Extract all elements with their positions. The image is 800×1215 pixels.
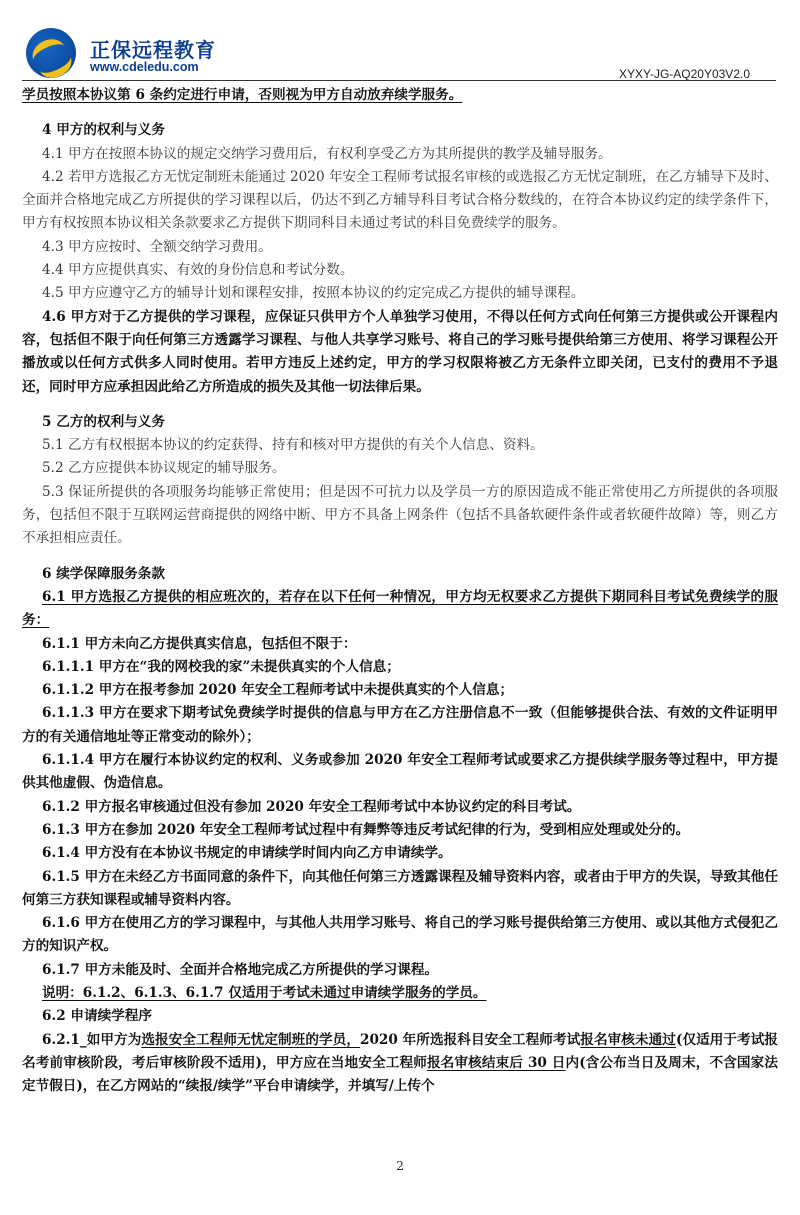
- section-5-title: 5 乙方的权利与义务: [22, 411, 778, 434]
- clause-6-1: 6.1 甲方选报乙方提供的相应班次的，若存在以下任何一种情况，甲方均无权要求乙方…: [22, 586, 778, 633]
- clause-5-1: 5.1 乙方有权根据本协议的约定获得、持有和核对甲方提供的有关个人信息、资料。: [22, 434, 778, 457]
- clause-6-2-1-part: 2020 年所选报科目安全工程师考试: [360, 1032, 580, 1048]
- clause-6-1-6: 6.1.6 甲方在使用乙方的学习课程中，与其他人共用学习账号、将自己的学习账号提…: [22, 912, 778, 959]
- clause-5-3: 5.3 保证所提供的各项服务均能够正常使用；但是因不可抗力以及学员一方的原因造成…: [22, 481, 778, 551]
- document-body: 学员按照本协议第 6 条约定进行申请，否则视为甲方自动放弃续学服务。 4 甲方的…: [22, 84, 778, 1098]
- clause-6-1-7: 6.1.7 甲方未能及时、全面并合格地完成乙方所提供的学习课程。: [22, 959, 778, 982]
- clause-6-2-1-part: 6.2.1_如甲方为: [42, 1032, 141, 1048]
- clause-4-4: 4.4 甲方应提供真实、有效的身份信息和考试分数。: [22, 259, 778, 282]
- clause-4-3: 4.3 甲方应按时、全额交纳学习费用。: [22, 236, 778, 259]
- clause-6-2-1: 6.2.1_如甲方为选报安全工程师无忧定制班的学员，2020 年所选报科目安全工…: [22, 1029, 778, 1099]
- clause-6-1-5: 6.1.5 甲方在未经乙方书面同意的条件下，向其他任何第三方透露课程及辅导资料内…: [22, 866, 778, 913]
- clause-6-2-1-underlined: 报名审核结束后 30 日: [427, 1055, 566, 1071]
- clause-4-2: 4.2 若甲方选报乙方无忧定制班未能通过 2020 年安全工程师考试报名审核的或…: [22, 166, 778, 236]
- clause-5-2: 5.2 乙方应提供本协议规定的辅导服务。: [22, 457, 778, 480]
- page-header: 正保远程教育 www.cdeledu.com XYXY-JG-AQ20Y03V2…: [0, 0, 800, 80]
- clause-4-5: 4.5 甲方应遵守乙方的辅导计划和课程安排，按照本协议的约定完成乙方提供的辅导课…: [22, 282, 778, 305]
- cdeledu-logo-icon: [26, 28, 76, 78]
- carry-over-line: 学员按照本协议第 6 条约定进行申请，否则视为甲方自动放弃续学服务。: [22, 84, 778, 107]
- clause-6-2-1-underlined: 报名审核未通过: [580, 1032, 676, 1048]
- clause-6-1-1: 6.1.1 甲方未向乙方提供真实信息，包括但不限于：: [22, 633, 778, 656]
- section-4-title: 4 甲方的权利与义务: [22, 119, 778, 142]
- clause-4-1: 4.1 甲方在按照本协议的规定交纳学习费用后，有权利享受乙方为其所提供的教学及辅…: [22, 143, 778, 166]
- note-line: 说明：6.1.2、6.1.3、6.1.7 仅适用于考试未通过申请续学服务的学员。: [22, 982, 778, 1005]
- page-number: 2: [0, 1158, 800, 1173]
- section-6-title: 6 续学保障服务条款: [22, 563, 778, 586]
- clause-4-6: 4.6 甲方对于乙方提供的学习课程，应保证只供甲方个人单独学习使用，不得以任何方…: [22, 306, 778, 399]
- clause-6-1-4: 6.1.4 甲方没有在本协议书规定的申请续学时间内向乙方申请续学。: [22, 842, 778, 865]
- clause-6-2: 6.2 申请续学程序: [22, 1005, 778, 1028]
- note-text: 说明：6.1.2、6.1.3、6.1.7 仅适用于考试未通过申请续学服务的学员。: [42, 985, 487, 1001]
- clause-6-1-1-4: 6.1.1.4 甲方在履行本协议约定的权利、义务或参加 2020 年安全工程师考…: [22, 749, 778, 796]
- header-divider: [22, 80, 776, 81]
- document-code: XYXY-JG-AQ20Y03V2.0: [619, 67, 750, 81]
- clause-6-2-1-underlined: 选报安全工程师无忧定制班的学员，: [141, 1032, 360, 1048]
- clause-6-1-1-1: 6.1.1.1 甲方在“我的网校我的家”未提供真实的个人信息；: [22, 656, 778, 679]
- brand-name: 正保远程教育: [90, 34, 216, 63]
- clause-6-1-1-3: 6.1.1.3 甲方在要求下期考试免费续学时提供的信息与甲方在乙方注册信息不一致…: [22, 702, 778, 749]
- clause-6-1-1-2: 6.1.1.2 甲方在报考参加 2020 年安全工程师考试中未提供真实的个人信息…: [22, 679, 778, 702]
- brand-url: www.cdeledu.com: [90, 60, 199, 74]
- clause-6-1-2: 6.1.2 甲方报名审核通过但没有参加 2020 年安全工程师考试中本协议约定的…: [22, 796, 778, 819]
- clause-6-1-3: 6.1.3 甲方在参加 2020 年安全工程师考试过程中有舞弊等违反考试纪律的行…: [22, 819, 778, 842]
